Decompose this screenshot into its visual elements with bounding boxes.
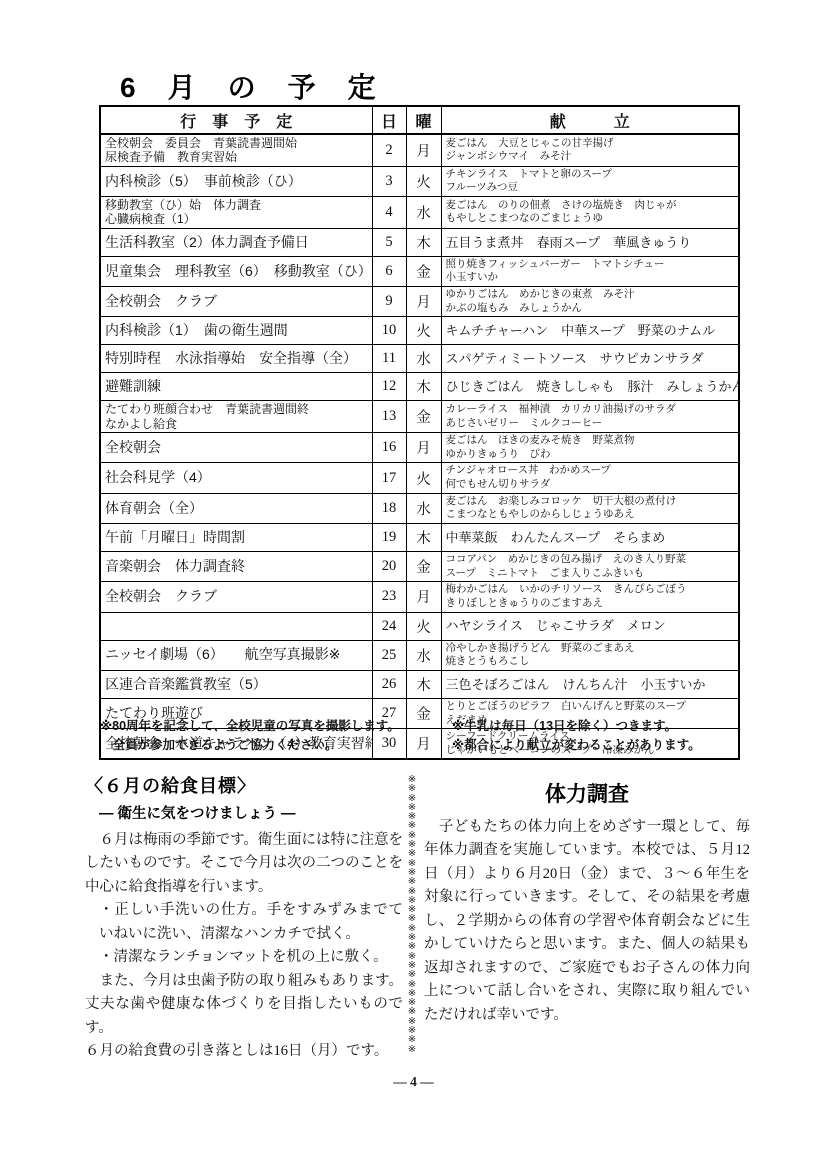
newsletter-page: 6 月 の 予 定 行 事 予 定 日 曜 献 立 全校朝会 委員会 青葉読書週… (0, 0, 827, 1170)
table-row: 体育朝会（全）18水麦ごはん お楽しみコロッケ 切干大根の煮付けこまつなともやし… (100, 493, 739, 523)
table-row: 区連合音楽鑑賞教室（5）26木三色そぼろごはん けんちん汁 小玉すいか (100, 670, 739, 698)
menu-line: 梅わかごはん いかのチリソース きんぴらごぼう (446, 583, 735, 597)
menu-line: スープ ミニトマト ごま入りこふきいも (446, 567, 735, 581)
weekday-cell: 月 (406, 582, 441, 612)
day-cell: 3 (372, 166, 406, 196)
event-cell: たてわり班顔合わせ 青葉読書週間終なかよし給食 (100, 401, 372, 433)
event-line: たてわり班顔合わせ 青葉読書週間終 (105, 402, 368, 416)
menu-line: ひじきごはん 焼きししゃも 豚汁 みしょうかん (446, 379, 735, 395)
menu-cell: ゆかりごはん めかじきの東煮 みそ汁かぶの塩もみ みしょうかん (441, 287, 739, 317)
header-weekday: 曜 (406, 106, 441, 134)
event-line: 尿検査予備 教育実習始 (105, 150, 368, 164)
event-line: 移動教室（ひ）始 体力調査 (105, 198, 368, 212)
weekday-cell: 水 (406, 197, 441, 229)
table-row: 全校朝会 クラブ9月ゆかりごはん めかじきの東煮 みそ汁かぶの塩もみ みしょうか… (100, 287, 739, 317)
menu-cell: ハヤシライス じゃこサラダ メロン (441, 612, 739, 640)
day-cell: 5 (372, 228, 406, 256)
table-row: 避難訓練12木ひじきごはん 焼きししゃも 豚汁 みしょうかん (100, 373, 739, 401)
page-number: — 4 — (0, 1074, 827, 1090)
day-cell: 20 (372, 552, 406, 582)
day-cell: 19 (372, 524, 406, 552)
menu-line: ジャンボシウマイ みそ汁 (446, 150, 735, 164)
event-line: 全校朝会 クラブ (105, 293, 368, 311)
menu-line: フルーツみつ豆 (446, 181, 735, 195)
table-row: 特別時程 水泳指導始 安全指導（全）11水スパゲティミートソース サウピカンサラ… (100, 345, 739, 373)
table-row: 音楽朝会 体力調査終20金ココアパン めかじきの包み揚げ えのき入り野菜スープ … (100, 552, 739, 582)
menu-cell: キムチチャーハン 中華スープ 野菜のナムル (441, 317, 739, 345)
weekday-cell: 木 (406, 524, 441, 552)
event-cell (100, 612, 372, 640)
table-row: 社会科見学（4）17火チンジャオロース丼 わかめスープ何でもせん切りサラダ (100, 463, 739, 493)
table-row: 児童集会 理科教室（6） 移動教室（ひ）終6金照り焼きフィッシュバーガー トマト… (100, 256, 739, 286)
photo-note-line2: 全員が参加できるようご協力ください。 (100, 736, 430, 755)
event-cell: 全校朝会 クラブ (100, 582, 372, 612)
fitness-survey-section: 体力調査 子どもたちの体力向上をめざす一環として、毎年体力調査を実施しています。… (424, 778, 750, 1027)
fitness-survey-body: 子どもたちの体力向上をめざす一環として、毎年体力調査を実施しています。本校では、… (424, 816, 750, 1027)
menu-line: とりとごぼうのピラフ 白いんげんと野菜のスープ (446, 700, 735, 714)
menu-line: きりぼしときゅうりのごますあえ (446, 597, 735, 611)
event-cell: 生活科教室（2）体力調査予備日 (100, 228, 372, 256)
weekday-cell: 金 (406, 401, 441, 433)
menu-cell: 五目うま煮丼 春雨スープ 華風きゅうり (441, 228, 739, 256)
schedule-header: 行 事 予 定 日 曜 献 立 (100, 106, 739, 134)
schedule-table-wrap: 行 事 予 定 日 曜 献 立 全校朝会 委員会 青葉読書週間始尿検査予備 教育… (99, 105, 738, 760)
weekday-cell: 月 (406, 134, 441, 166)
event-cell: 児童集会 理科教室（6） 移動教室（ひ）終 (100, 256, 372, 286)
menu-line: 五目うま煮丼 春雨スープ 華風きゅうり (446, 235, 735, 251)
weekday-cell: 水 (406, 493, 441, 523)
event-cell: 特別時程 水泳指導始 安全指導（全） (100, 345, 372, 373)
event-line: 午前「月曜日」時間割 (105, 529, 368, 547)
day-cell: 17 (372, 463, 406, 493)
event-cell: 全校朝会 (100, 433, 372, 463)
lunch-goal-bullet: ・正しい手洗いの仕方。手をすみずみまでていねいに洗い、清潔なハンカチで拭く。 (85, 899, 403, 946)
event-line: 全校朝会 (105, 439, 368, 457)
menu-line: カレーライス 福神漬 カリカリ油揚げのサラダ (446, 403, 735, 417)
menu-line: あじさいゼリー ミルクコーヒー (446, 417, 735, 431)
lunch-goal-bullet: ・清潔なランチョンマットを机の上に敷く。 (85, 946, 403, 969)
event-cell: 避難訓練 (100, 373, 372, 401)
table-row: 内科検診（1） 歯の衛生週間10火キムチチャーハン 中華スープ 野菜のナムル (100, 317, 739, 345)
menu-line: こまつなともやしのからしじょうゆあえ (446, 508, 735, 522)
table-row: 移動教室（ひ）始 体力調査心臓病検査（1）4水麦ごはん のりの佃煮 さけの塩焼き… (100, 197, 739, 229)
lunch-goal-paragraph: ６月は梅雨の季節です。衛生面には特に注意をしたいものです。そこで今月は次の二つの… (85, 829, 403, 899)
day-cell: 10 (372, 317, 406, 345)
weekday-cell: 木 (406, 228, 441, 256)
day-cell: 23 (372, 582, 406, 612)
menu-cell: 麦ごはん お楽しみコロッケ 切干大根の煮付けこまつなともやしのからしじょうゆあえ (441, 493, 739, 523)
menu-line: ゆかりきゅうり びわ (446, 448, 735, 462)
menu-line: 照り焼きフィッシュバーガー トマトシチュー (446, 258, 735, 272)
lunch-goal-heading: 〈６月の給食目標〉 (85, 772, 403, 798)
table-row: 全校朝会16月麦ごはん ほきの麦みそ焼き 野菜煮物ゆかりきゅうり びわ (100, 433, 739, 463)
menu-line: ハヤシライス じゃこサラダ メロン (446, 618, 735, 634)
schedule-body: 全校朝会 委員会 青葉読書週間始尿検査予備 教育実習始2月麦ごはん 大豆とじゃこ… (100, 134, 739, 759)
milk-note-line1: ※牛乳は毎日（13日を除く）つきます。 (452, 717, 752, 736)
event-cell: 音楽朝会 体力調査終 (100, 552, 372, 582)
event-cell: 午前「月曜日」時間割 (100, 524, 372, 552)
event-line: 全校朝会 クラブ (105, 588, 368, 606)
lunch-goal-paragraph: ６月の給食費の引き落としは16日（月）です。 (85, 1040, 403, 1063)
menu-line: 中華菜飯 わんたんスープ そらまめ (446, 530, 735, 546)
event-line: 特別時程 水泳指導始 安全指導（全） (105, 350, 368, 368)
weekday-cell: 木 (406, 670, 441, 698)
weekday-cell: 金 (406, 256, 441, 286)
menu-cell: スパゲティミートソース サウピカンサラダ (441, 345, 739, 373)
header-menu: 献 立 (441, 106, 739, 134)
lunch-goal-section: 〈６月の給食目標〉 ― 衛生に気をつけましょう ― ６月は梅雨の季節です。衛生面… (85, 772, 403, 1064)
menu-line: もやしとこまつなのごまじょうゆ (446, 212, 735, 226)
event-line: 避難訓練 (105, 378, 368, 396)
weekday-cell: 月 (406, 287, 441, 317)
header-row: 行 事 予 定 日 曜 献 立 (100, 106, 739, 134)
day-cell: 24 (372, 612, 406, 640)
menu-cell: ココアパン めかじきの包み揚げ えのき入り野菜スープ ミニトマト ごま入りこふき… (441, 552, 739, 582)
menu-line: 焼きとうもろこし (446, 655, 735, 669)
day-cell: 18 (372, 493, 406, 523)
table-row: 全校朝会 クラブ23月梅わかごはん いかのチリソース きんぴらごぼうきりぼしとき… (100, 582, 739, 612)
menu-line: スパゲティミートソース サウピカンサラダ (446, 351, 735, 367)
event-line: なかよし給食 (105, 417, 368, 431)
menu-line: チンジャオロース丼 わかめスープ (446, 464, 735, 478)
table-row: 24火ハヤシライス じゃこサラダ メロン (100, 612, 739, 640)
event-line: 心臓病検査（1） (105, 212, 368, 226)
menu-line: 三色そぼろごはん けんちん汁 小玉すいか (446, 677, 735, 693)
menu-line: ゆかりごはん めかじきの東煮 みそ汁 (446, 288, 735, 302)
weekday-cell: 月 (406, 433, 441, 463)
day-cell: 13 (372, 401, 406, 433)
menu-line: キムチチャーハン 中華スープ 野菜のナムル (446, 323, 735, 339)
menu-cell: 中華菜飯 わんたんスープ そらまめ (441, 524, 739, 552)
table-row: 全校朝会 委員会 青葉読書週間始尿検査予備 教育実習始2月麦ごはん 大豆とじゃこ… (100, 134, 739, 166)
event-cell: 内科検診（5） 事前検診（ひ） (100, 166, 372, 196)
menu-line: 小玉すいか (446, 271, 735, 285)
table-row: 内科検診（5） 事前検診（ひ）3火チキンライス トマトと卵のスープフルーツみつ豆 (100, 166, 739, 196)
menu-line: かぶの塩もみ みしょうかん (446, 302, 735, 316)
menu-line: ココアパン めかじきの包み揚げ えのき入り野菜 (446, 553, 735, 567)
event-cell: 区連合音楽鑑賞教室（5） (100, 670, 372, 698)
event-line: 全校朝会 委員会 青葉読書週間始 (105, 136, 368, 150)
menu-cell: ひじきごはん 焼きししゃも 豚汁 みしょうかん (441, 373, 739, 401)
day-cell: 6 (372, 256, 406, 286)
menu-cell: 麦ごはん ほきの麦みそ焼き 野菜煮物ゆかりきゅうり びわ (441, 433, 739, 463)
weekday-cell: 木 (406, 373, 441, 401)
weekday-cell: 金 (406, 552, 441, 582)
menu-cell: チンジャオロース丼 わかめスープ何でもせん切りサラダ (441, 463, 739, 493)
table-row: ニッセイ劇場（6） 航空写真撮影※25水冷やしかき揚げうどん 野菜のごまあえ焼き… (100, 640, 739, 670)
schedule-table: 行 事 予 定 日 曜 献 立 全校朝会 委員会 青葉読書週間始尿検査予備 教育… (99, 105, 740, 760)
column-divider: ※ ※ ※ ※ ※ ※ ※ ※ ※ ※ ※ ※ ※ ※ ※ ※ ※ ※ ※ ※ … (404, 775, 420, 1059)
menu-cell: チキンライス トマトと卵のスープフルーツみつ豆 (441, 166, 739, 196)
menu-cell: 冷やしかき揚げうどん 野菜のごまあえ焼きとうもろこし (441, 640, 739, 670)
header-day: 日 (372, 106, 406, 134)
menu-cell: 三色そぼろごはん けんちん汁 小玉すいか (441, 670, 739, 698)
day-cell: 25 (372, 640, 406, 670)
event-cell: 全校朝会 クラブ (100, 287, 372, 317)
event-line: 内科検診（1） 歯の衛生週間 (105, 322, 368, 340)
event-line: 区連合音楽鑑賞教室（5） (105, 676, 368, 694)
event-cell: 社会科見学（4） (100, 463, 372, 493)
menu-cell: 麦ごはん 大豆とじゃこの甘辛揚げジャンボシウマイ みそ汁 (441, 134, 739, 166)
event-cell: 体育朝会（全） (100, 493, 372, 523)
menu-line: チキンライス トマトと卵のスープ (446, 168, 735, 182)
event-line: 生活科教室（2）体力調査予備日 (105, 234, 368, 252)
event-line: ニッセイ劇場（6） 航空写真撮影※ (105, 646, 368, 664)
event-cell: 移動教室（ひ）始 体力調査心臓病検査（1） (100, 197, 372, 229)
day-cell: 11 (372, 345, 406, 373)
event-line: 児童集会 理科教室（6） 移動教室（ひ）終 (105, 263, 368, 281)
header-events: 行 事 予 定 (100, 106, 372, 134)
menu-line: 冷やしかき揚げうどん 野菜のごまあえ (446, 642, 735, 656)
menu-line: 何でもせん切りサラダ (446, 478, 735, 492)
day-cell: 4 (372, 197, 406, 229)
day-cell: 26 (372, 670, 406, 698)
menu-cell: 麦ごはん のりの佃煮 さけの塩焼き 肉じゃがもやしとこまつなのごまじょうゆ (441, 197, 739, 229)
page-title: 6 月 の 予 定 (120, 66, 378, 106)
table-row: たてわり班顔合わせ 青葉読書週間終なかよし給食13金カレーライス 福神漬 カリカ… (100, 401, 739, 433)
lunch-goal-subheading: ― 衛生に気をつけましょう ― (99, 802, 403, 823)
day-cell: 12 (372, 373, 406, 401)
event-cell: ニッセイ劇場（6） 航空写真撮影※ (100, 640, 372, 670)
menu-line: 麦ごはん 大豆とじゃこの甘辛揚げ (446, 137, 735, 151)
table-row: 生活科教室（2）体力調査予備日5木五目うま煮丼 春雨スープ 華風きゅうり (100, 228, 739, 256)
menu-line: 麦ごはん ほきの麦みそ焼き 野菜煮物 (446, 434, 735, 448)
photo-note-line1: ※80周年を記念して、全校児童の写真を撮影します。 (100, 717, 430, 736)
weekday-cell: 水 (406, 640, 441, 670)
menu-cell: 梅わかごはん いかのチリソース きんぴらごぼうきりぼしときゅうりのごますあえ (441, 582, 739, 612)
event-cell: 内科検診（1） 歯の衛生週間 (100, 317, 372, 345)
day-cell: 9 (372, 287, 406, 317)
menu-line: 麦ごはん お楽しみコロッケ 切干大根の煮付け (446, 495, 735, 509)
fitness-survey-heading: 体力調査 (424, 778, 750, 808)
menu-cell: 照り焼きフィッシュバーガー トマトシチュー小玉すいか (441, 256, 739, 286)
milk-note-line2: ※都合により献立が変わることがあります。 (452, 736, 752, 755)
table-row: 午前「月曜日」時間割19木中華菜飯 わんたんスープ そらまめ (100, 524, 739, 552)
event-line: 内科検診（5） 事前検診（ひ） (105, 173, 368, 191)
event-cell: 全校朝会 委員会 青葉読書週間始尿検査予備 教育実習始 (100, 134, 372, 166)
weekday-cell: 火 (406, 463, 441, 493)
photo-note: ※80周年を記念して、全校児童の写真を撮影します。 全員が参加できるようご協力く… (100, 717, 430, 756)
weekday-cell: 火 (406, 317, 441, 345)
day-cell: 2 (372, 134, 406, 166)
weekday-cell: 火 (406, 612, 441, 640)
event-line: 社会科見学（4） (105, 469, 368, 487)
weekday-cell: 水 (406, 345, 441, 373)
menu-cell: カレーライス 福神漬 カリカリ油揚げのサラダあじさいゼリー ミルクコーヒー (441, 401, 739, 433)
milk-note: ※牛乳は毎日（13日を除く）つきます。 ※都合により献立が変わることがあります。 (452, 717, 752, 756)
event-line: 音楽朝会 体力調査終 (105, 558, 368, 576)
day-cell: 16 (372, 433, 406, 463)
menu-line: 麦ごはん のりの佃煮 さけの塩焼き 肉じゃが (446, 199, 735, 213)
event-line: 体育朝会（全） (105, 500, 368, 518)
weekday-cell: 火 (406, 166, 441, 196)
lunch-goal-paragraph: また、今月は虫歯予防の取り組みもあります。丈夫な歯や健康な体づくりを目指したいも… (85, 970, 403, 1040)
